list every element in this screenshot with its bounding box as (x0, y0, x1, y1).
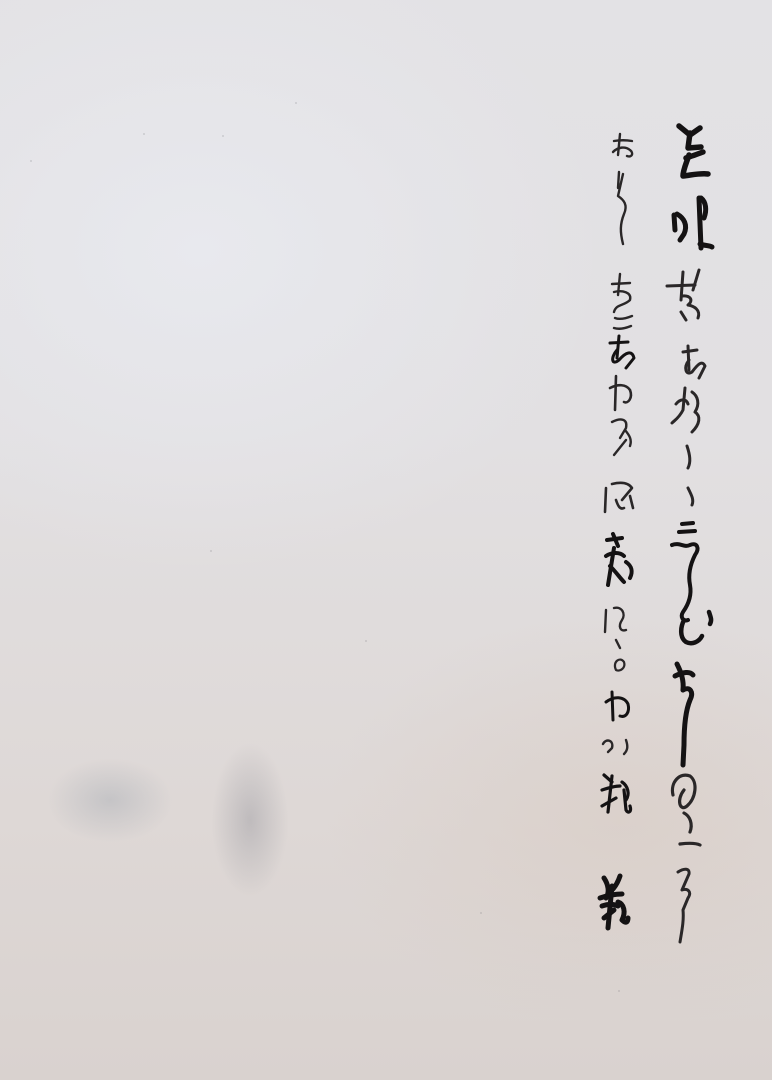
glyph-soe (605, 483, 633, 512)
glyph-to (614, 316, 632, 329)
signature-glyph (600, 876, 628, 928)
glyph-a (683, 346, 705, 378)
column-1-strokes (667, 126, 712, 942)
glyph-hidari (679, 126, 708, 176)
glyph-mo2 (675, 664, 693, 765)
glyph-o (672, 388, 699, 432)
glyph-mo3 (618, 172, 626, 244)
glyph-wa (610, 376, 631, 410)
glyph-ki (672, 523, 697, 620)
glyph-no (672, 775, 695, 808)
calligraphy-paper: 左明 菩あおいしきもしのほり おもく ちとあわへ添 花はくのわか 新 萩 (0, 0, 772, 1080)
glyph-bo (667, 270, 699, 320)
glyph-ha (605, 608, 626, 648)
calligraphy-ink (0, 0, 772, 1080)
glyph-ho (680, 813, 700, 845)
glyph-ri (678, 869, 690, 942)
glyph-i (687, 446, 693, 505)
glyph-o2 (613, 134, 632, 156)
glyph-no2 (615, 660, 624, 671)
glyph-hana (606, 534, 632, 585)
glyph-mo (681, 612, 711, 643)
glyph-ka (603, 740, 627, 754)
glyph-shin (602, 775, 631, 812)
glyph-wa2 (606, 692, 629, 720)
glyph-he (612, 420, 631, 455)
glyph-mei (674, 198, 712, 248)
glyph-a2 (610, 336, 634, 368)
glyph-chi (612, 274, 630, 312)
column-2-strokes (602, 134, 634, 812)
